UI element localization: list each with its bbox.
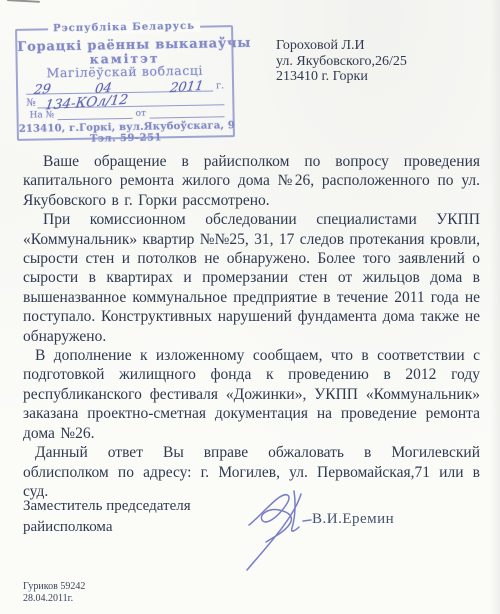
stamp-ref-line-2 bbox=[149, 116, 225, 118]
stamp-date-day-handwritten: 29 bbox=[33, 84, 51, 96]
recipient-block: Гороховой Л.И ул. Якубовского,26/25 2134… bbox=[276, 38, 407, 85]
signer-title-line1: Заместитель председателя bbox=[23, 496, 191, 517]
letter-footer: Гуриков 59242 28.04.2011г. bbox=[23, 581, 85, 604]
official-stamp: Рэспубліка Беларусь Горацкі раённы выкан… bbox=[15, 25, 235, 141]
signature-scribble bbox=[238, 479, 322, 573]
signer-title-line2: райисполкома bbox=[23, 517, 191, 538]
stamp-date-year-handwritten: 2011 bbox=[169, 81, 204, 94]
scan-artifact bbox=[7, 0, 40, 3]
scanned-letter-page: Рэспубліка Беларусь Горацкі раённы выкан… bbox=[0, 0, 500, 614]
body-paragraph-3: В дополнение к изложенному сообщаем, что… bbox=[23, 346, 480, 443]
stamp-ref-line-1 bbox=[57, 118, 133, 120]
stamp-country: Рэспубліка Беларусь bbox=[48, 21, 200, 35]
body-paragraph-1: Ваше обращение в райисполком по вопросу … bbox=[23, 152, 480, 210]
body-paragraph-2: При комиссионном обследовании специалист… bbox=[23, 210, 480, 346]
footer-date: 28.04.2011г. bbox=[23, 593, 85, 605]
signer-name: В.И.Еремин bbox=[312, 511, 394, 528]
stamp-date-suffix: г. bbox=[216, 80, 224, 91]
recipient-street: ул. Якубовского,26/25 bbox=[276, 54, 407, 70]
stamp-number-label: № bbox=[26, 98, 36, 109]
footer-executor: Гуриков 59242 bbox=[23, 581, 85, 593]
letter-body: Ваше обращение в райисполком по вопросу … bbox=[23, 152, 480, 501]
recipient-name: Гороховой Л.И bbox=[276, 38, 407, 54]
recipient-city: 213410 г. Горки bbox=[276, 69, 407, 85]
signer-title: Заместитель председателя райисполкома bbox=[23, 496, 191, 538]
stamp-ref-from-label: от bbox=[136, 109, 147, 119]
